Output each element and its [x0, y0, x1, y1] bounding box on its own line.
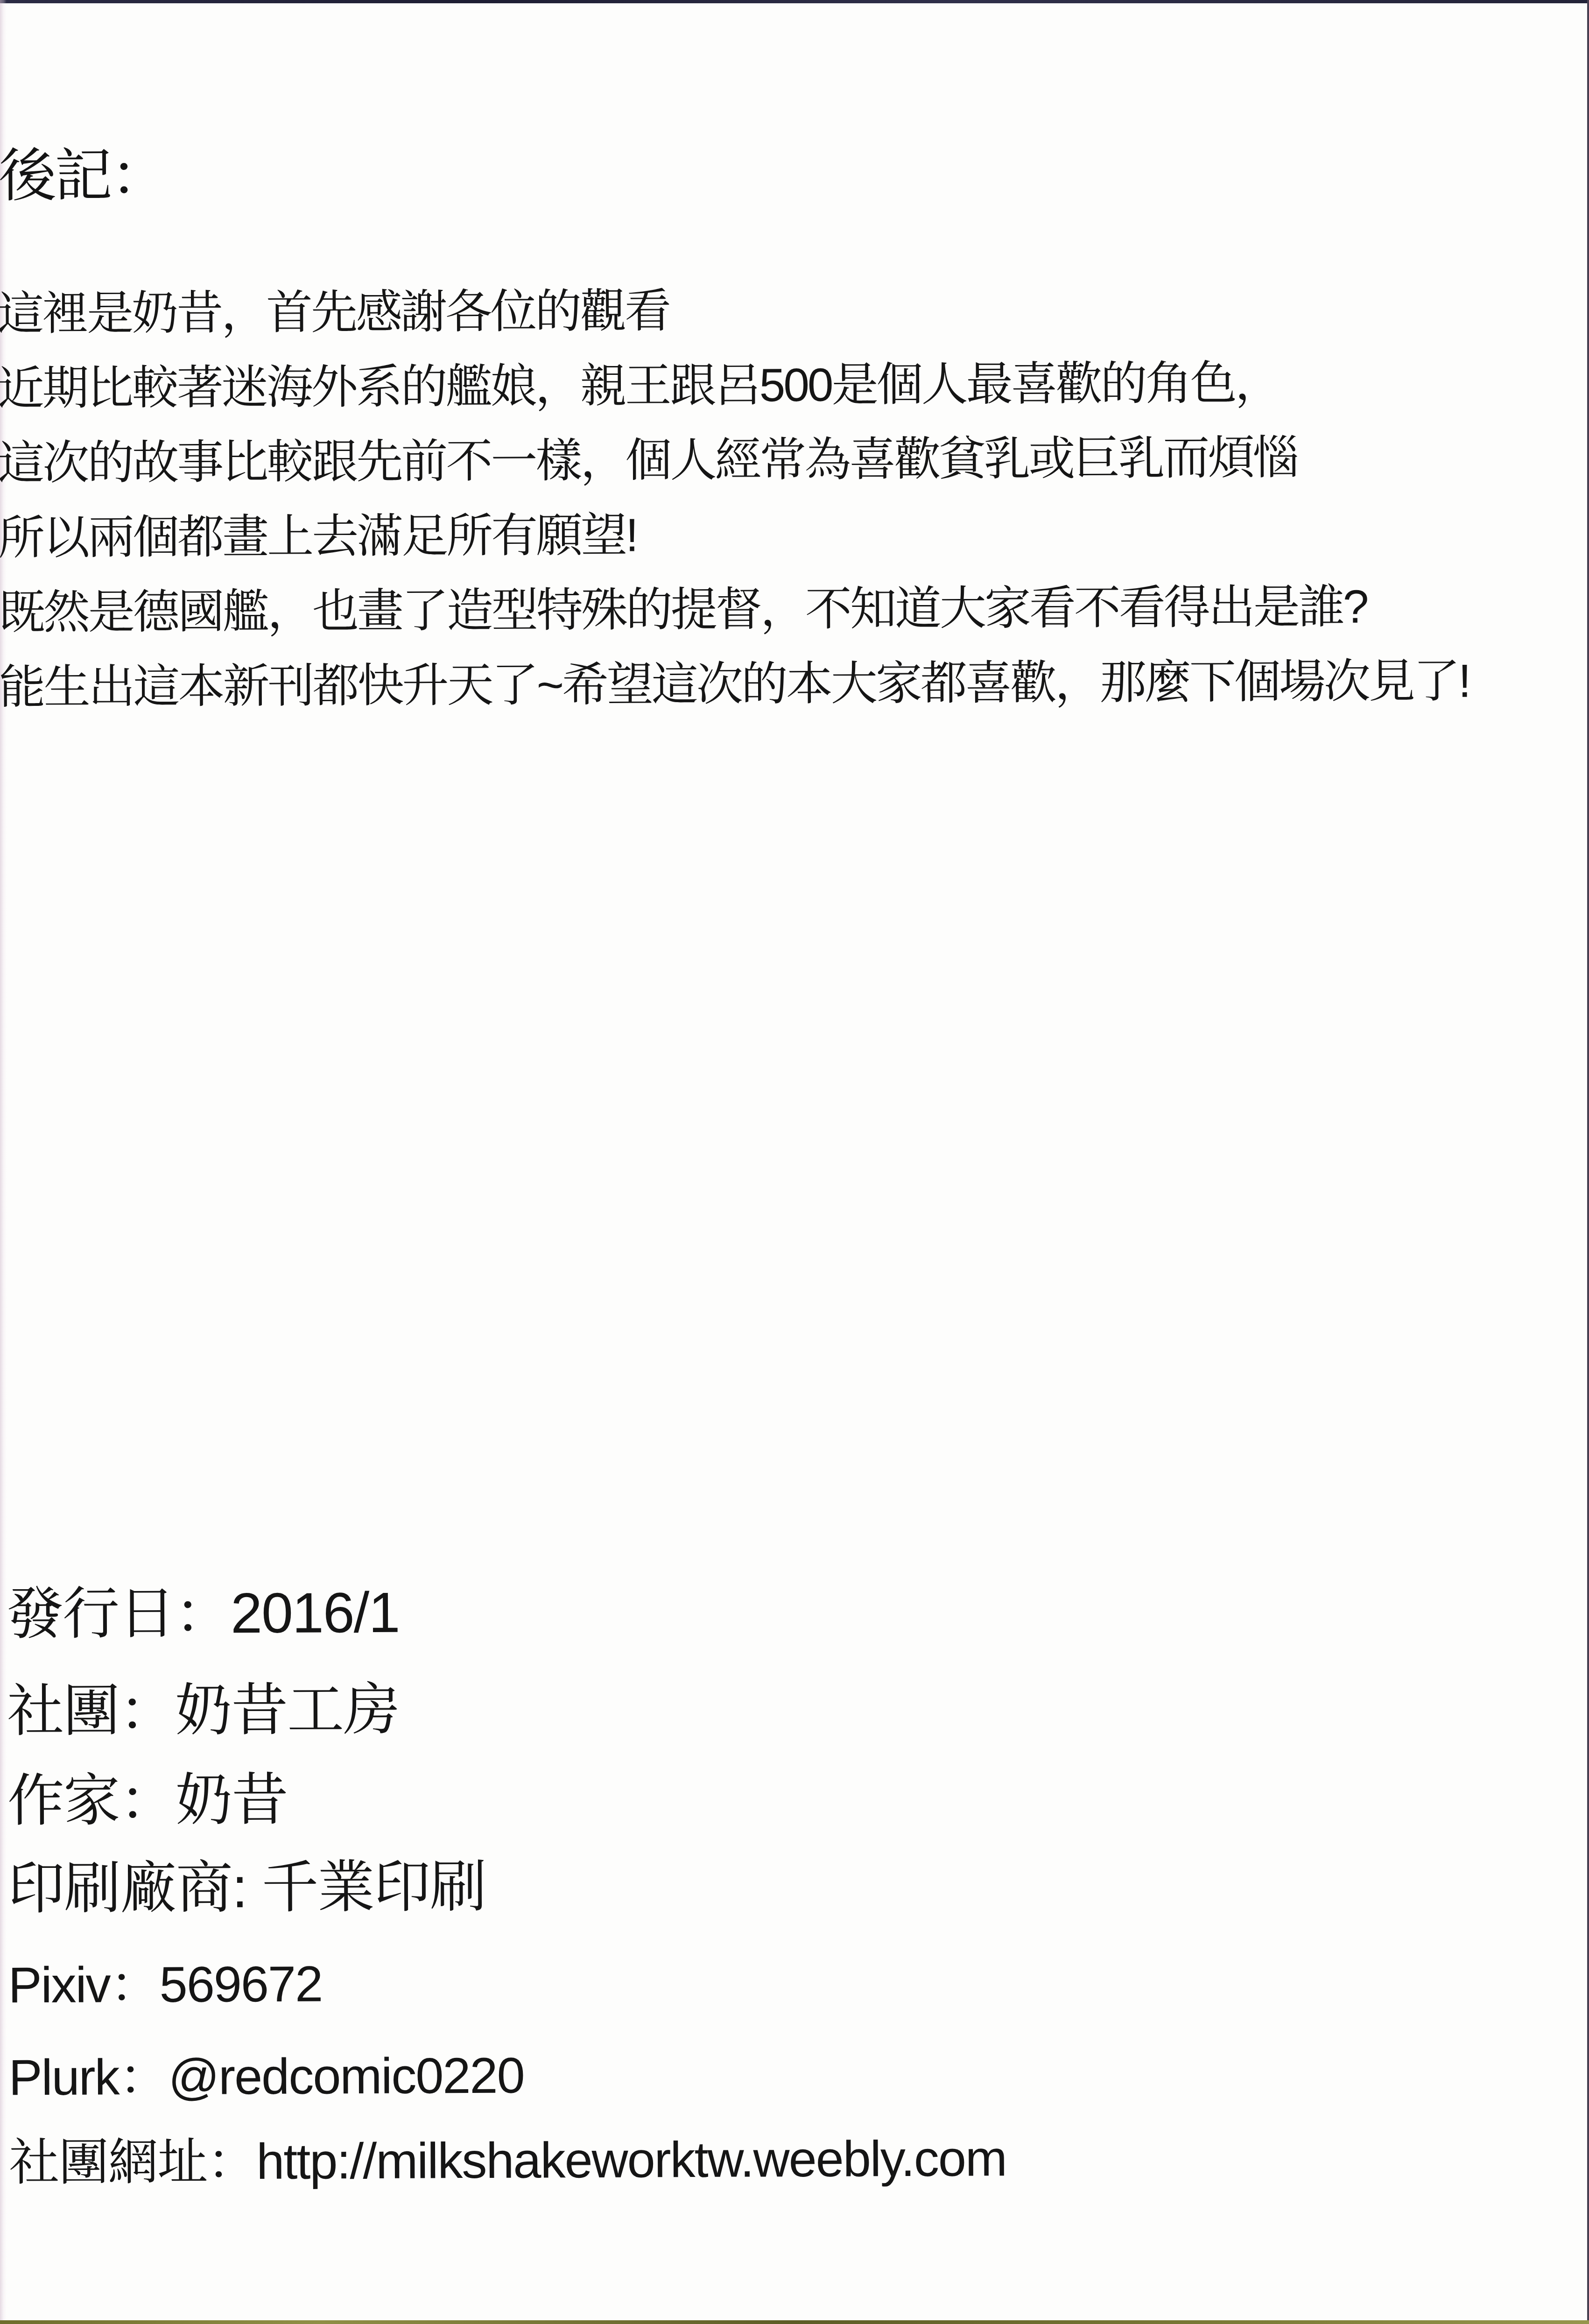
afterword-line: 這裡是奶昔，首先感謝各位的觀看	[0, 270, 1468, 352]
afterword-paragraph: 這裡是奶昔，首先感謝各位的觀看 近期比較著迷海外系的艦娘，親王跟呂500是個人最…	[0, 270, 1469, 725]
afterword-line: 能生出這本新刊都快升天了~希望這次的本大家都喜歡，那麼下個場次見了!	[0, 644, 1469, 725]
afterword-line: 這次的故事比較跟先前不一樣，個人經常為喜歡貧乳或巨乳而煩惱	[0, 420, 1469, 501]
colophon-line-release-date: 發行日：2016/1	[7, 1567, 400, 1650]
scanned-page: 後記： 這裡是奶昔，首先感謝各位的觀看 近期比較著迷海外系的艦娘，親王跟呂500…	[0, 0, 1589, 2324]
afterword-line: 近期比較著迷海外系的艦娘，親王跟呂500是個人最喜歡的角色，	[0, 345, 1468, 426]
afterword-line: 所以兩個都畫上去滿足所有願望!	[0, 494, 1469, 576]
colophon-line-circle: 社團：奶昔工房	[7, 1664, 400, 1747]
colophon-line-artist: 作家：奶昔	[7, 1754, 288, 1837]
colophon-line-website: 社團網址：http://milkshakeworktw.weebly.com	[9, 2118, 1006, 2194]
afterword-title: 後記：	[0, 129, 167, 213]
colophon-line-pixiv: Pixiv：569672	[8, 1943, 322, 2017]
afterword-line: 既然是德國艦，也畫了造型特殊的提督，不知道大家看不看得出是誰?	[0, 569, 1469, 650]
colophon-line-printer: 印刷廠商: 千業印刷	[7, 1841, 486, 1924]
colophon-line-plurk: Plurk：@redcomic0220	[8, 2035, 524, 2110]
page-content: 後記： 這裡是奶昔，首先感謝各位的觀看 近期比較著迷海外系的艦娘，親王跟呂500…	[0, 0, 1589, 2324]
